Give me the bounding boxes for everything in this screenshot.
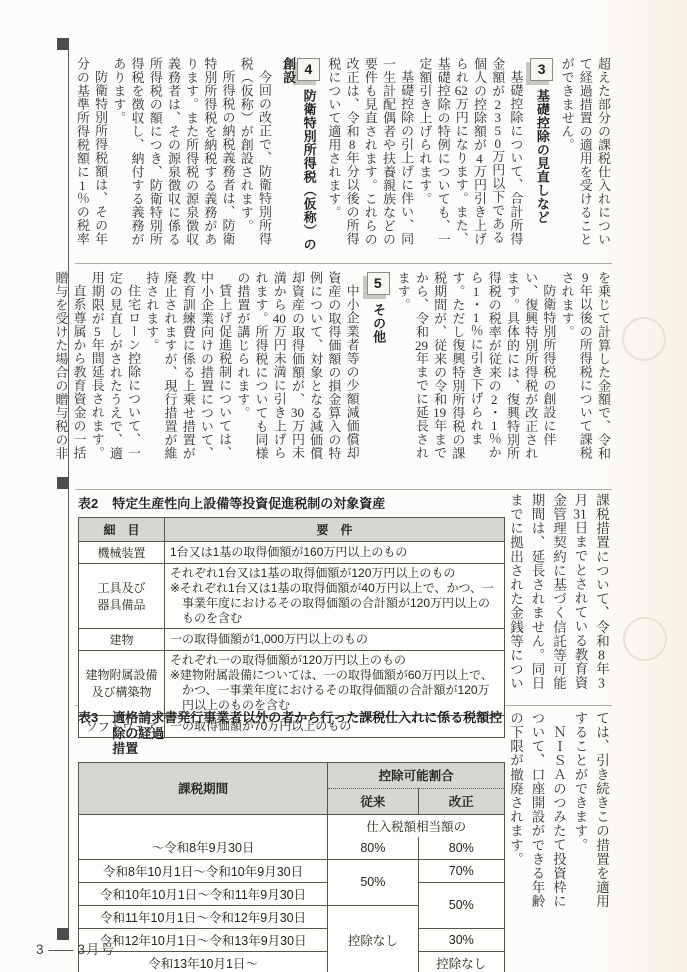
article-side-column-upper: 課税措置について、令和8年3月31日までとされている教育資金管理契約に基づく信託… — [502, 493, 612, 699]
cell-after: 控除なし — [418, 951, 504, 972]
registration-mark-top — [57, 38, 69, 50]
magazine-page: 超えた部分の課税仕入れについて経過措置の適用を受けることができません。 3基礎控… — [0, 0, 687, 972]
cell-requirement: それぞれ1台又は1基の取得価額が120万円以上のもの ※それぞれ1台又は1基の取… — [165, 563, 505, 628]
paragraph: 中小企業者等の少額減価償却資産の取得価額の損金算入の特例について、対象となる減価… — [233, 271, 360, 467]
cell-before: 80% — [328, 837, 418, 860]
cell-period: 令和10年10月1日～令和11年9月30日 — [79, 882, 328, 905]
cell-period: ～令和8年9月30日 — [79, 814, 328, 859]
cell-item: 建物附属設備 及び構築物 — [79, 650, 165, 715]
table3-block: 表3 適格請求書発行事業者以外の者から行った課税仕入れに係る税額控除の経過 措置… — [78, 710, 505, 972]
paragraph: 基礎控除について、合計所得金額が2350万円以下である個人の控除額が4万円引き上… — [415, 57, 524, 253]
paragraph: 賃上げ促進税制については、中小企業向けの措置について、教育訓練費に係る上乗せ措置… — [142, 271, 233, 467]
footer-dash: ―― — [49, 942, 72, 957]
article-side-column-lower: ては、引き続きこの措置を適用することができます。 ＮＩＳＡのつみたて投資枠につい… — [502, 711, 612, 921]
cell-requirement: 1台又は1基の取得価額が160万円以上のもの — [165, 541, 505, 563]
article-band-2: を乗じて計算した金額で、令和9年以後の所得税について課税されます。 防衛特別所得… — [75, 271, 612, 467]
table3: 課税期間 控除可能割合 従来 改正 ～令和8年9月30日 仕入税額相当額の 80… — [78, 762, 505, 972]
section-4-heading: 4防衛特別所得税（仮称）の創設 — [279, 57, 320, 253]
table-row: 令和10年10月1日～令和11年9月30日 50% — [79, 882, 505, 905]
table-row: 令和8年10月1日～令和10年9月30日 50% 70% — [79, 859, 505, 882]
cell-before: 50% — [328, 859, 418, 905]
paragraph: 住宅ローン控除について、一定の見直しがされたうえで、適用期限が5年間延長されます… — [88, 271, 143, 467]
table-row: 令和12年10月1日～令和13年9月30日 30% — [79, 928, 505, 951]
cell-after: 80% — [418, 837, 504, 860]
table3-header-row: 課税期間 控除可能割合 — [79, 762, 505, 788]
band-divider-rule — [75, 489, 612, 490]
table-row: 建物 一の取得価額が1,000万円以上のもの — [79, 628, 505, 650]
paragraph: 今回の改正で、防衛特別所得税（仮称）が創設されます。 — [237, 57, 273, 253]
table3-col-after: 改正 — [418, 788, 504, 814]
section-5-heading: 5その他 — [367, 271, 390, 467]
article-band-1: 超えた部分の課税仕入れについて経過措置の適用を受けることができません。 3基礎控… — [75, 57, 612, 253]
cell-period: 令和11年10月1日～令和12年9月30日 — [79, 905, 328, 928]
page-footer: 3――3月号 — [36, 938, 115, 958]
cell-requirement: 一の取得価額が1,000万円以上のもの — [165, 628, 505, 650]
table2-block: 表2 特定生産性向上設備等投資促進税制の対象資産 細 目 要 件 機械装置 1台… — [78, 496, 505, 738]
table3-col-period: 課税期間 — [79, 762, 328, 814]
table-row: 工具及び 器具備品 それぞれ1台又は1基の取得価額が120万円以上のもの ※それ… — [79, 563, 505, 628]
cell-period: 令和12年10月1日～令和13年9月30日 — [79, 928, 328, 951]
table2-title: 表2 特定生産性向上設備等投資促進税制の対象資産 — [78, 496, 505, 512]
paragraph: 所得税の納税義務者は、防衛特別所得税を納税する義務があります。また所得税の源泉徴… — [109, 57, 236, 253]
table3-title: 表3 適格請求書発行事業者以外の者から行った課税仕入れに係る税額控除の経過 措置 — [78, 710, 505, 757]
paragraph: ＮＩＳＡのつみたて投資枠について、口座開設ができる年齢の下限が撤廃されます。 — [505, 711, 570, 921]
table2-col-item: 細 目 — [79, 517, 165, 541]
table3-col-before: 従来 — [328, 788, 418, 814]
binder-hole-mark — [623, 617, 667, 661]
cell-period: 令和13年10月1日～ — [79, 951, 328, 972]
table2: 細 目 要 件 機械装置 1台又は1基の取得価額が160万円以上のもの 工具及び… — [78, 517, 505, 738]
section-4-title: 防衛特別所得税（仮称）の創設 — [281, 57, 317, 251]
cell-period: 令和8年10月1日～令和10年9月30日 — [79, 859, 328, 882]
table2-col-req: 要 件 — [165, 517, 505, 541]
margin-rule — [68, 46, 69, 934]
table2-title-text: 特定生産性向上設備等投資促進税制の対象資産 — [112, 496, 385, 512]
table-row: 機械装置 1台又は1基の取得価額が160万円以上のもの — [79, 541, 505, 563]
section-3-title: 基礎控除の見直しなど — [535, 89, 550, 224]
section-4-badge: 4 — [297, 58, 320, 81]
table3-title-text: 適格請求書発行事業者以外の者から行った課税仕入れに係る税額控除の経過 措置 — [112, 710, 505, 757]
paragraph: を乗じて計算した金額で、令和9年以後の所得税について課税されます。 — [557, 271, 612, 467]
section-3-badge: 3 — [530, 58, 553, 81]
paragraph: 超えた部分の課税仕入れについて経過措置の適用を受けることができません。 — [557, 57, 612, 253]
section-5-title: その他 — [371, 303, 386, 344]
table-row: 建物附属設備 及び構築物 それぞれ一の取得価額が120万円以上のもの ※建物附属… — [79, 650, 505, 715]
paragraph: 課税措置について、令和8年3月31日までとされている教育資金管理契約に基づく信託… — [505, 493, 613, 699]
cell-before: 控除なし — [328, 905, 418, 972]
cell-after: 70% — [418, 859, 504, 882]
cell-requirement: それぞれ一の取得価額が120万円以上のもの ※建物附属設備については、一の取得価… — [165, 650, 505, 715]
binder-hole-mark — [622, 317, 666, 361]
paragraph: 基礎控除の引上げに伴い、同一生計配偶者や扶養親族などの要件も見直されます。これら… — [324, 57, 415, 253]
paragraph: 直系尊属から教育資金の一括贈与を受けた場合の贈与税の非 — [51, 271, 87, 467]
cell-item: 工具及び 器具備品 — [79, 563, 165, 628]
cell-item: 建物 — [79, 628, 165, 650]
table-row: ～令和8年9月30日 仕入税額相当額の — [79, 814, 505, 837]
cell-note: 仕入税額相当額の — [328, 814, 505, 837]
cell-after: 50% — [418, 882, 504, 928]
table3-label: 表3 — [78, 710, 98, 757]
page-number: 3 — [36, 942, 45, 957]
table2-header-row: 細 目 要 件 — [79, 517, 505, 541]
table-row: 令和13年10月1日～ 控除なし — [79, 951, 505, 972]
cell-after: 30% — [418, 928, 504, 951]
cell-item: 機械装置 — [79, 541, 165, 563]
band-divider-rule — [75, 263, 612, 264]
paragraph: 防衛特別所得税の創設に伴い、復興特別所得税が改正されます。具体的には、復興特別所… — [394, 271, 558, 467]
paragraph: 防衛特別所得税額は、その年分の基準所得税額に1％の税率 — [73, 57, 109, 253]
section-3-heading: 3基礎控除の見直しなど — [530, 57, 553, 253]
issue-label: 3月号 — [78, 942, 116, 957]
table3-col-ratio: 控除可能割合 — [328, 762, 505, 788]
table2-label: 表2 — [78, 496, 98, 512]
section-5-badge: 5 — [367, 272, 390, 295]
paragraph: ては、引き続きこの措置を適用することができます。 — [569, 711, 612, 921]
registration-mark-middle — [57, 477, 69, 489]
